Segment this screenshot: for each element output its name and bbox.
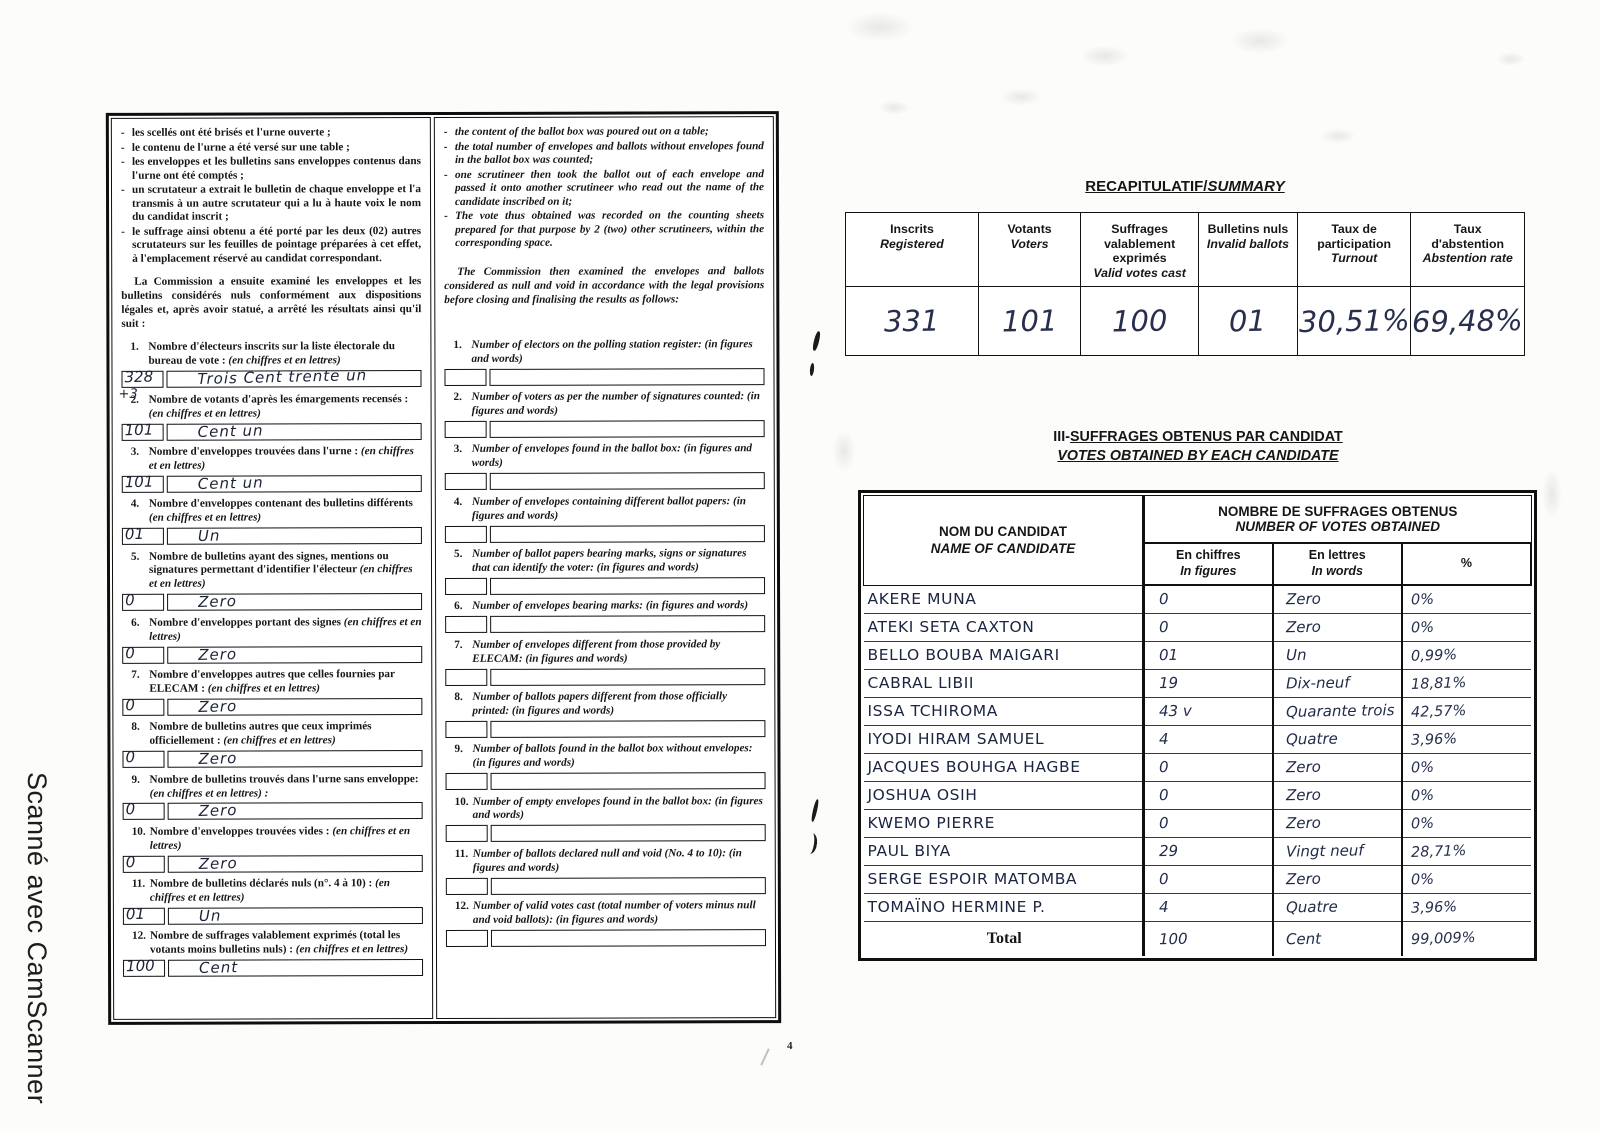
words-box: Zero	[167, 750, 422, 768]
candidate-name: JOSHUA OSIH	[868, 786, 978, 804]
scan-noise	[878, 100, 910, 115]
candidate-row: PAUL BIYA29Vingt neuf28,71%	[864, 838, 1532, 866]
header-in-figures: En chiffresIn figures	[1144, 543, 1273, 585]
valid-votes-value: 100	[1081, 287, 1199, 356]
candidate-row: AKERE MUNA0Zero0%	[864, 585, 1532, 614]
header-candidate-name: NOM DU CANDIDATNAME OF CANDIDATE	[864, 496, 1144, 586]
summary-title: RECAPITULATIF/SUMMARY	[845, 178, 1525, 195]
summary-table: InscritsRegistered VotantsVoters Suffrag…	[845, 212, 1525, 356]
camscanner-watermark: Scanné avec CamScanner	[21, 772, 52, 1104]
ink-mark	[809, 363, 814, 376]
figures-box: 0	[122, 594, 164, 611]
candidate-row: JOSHUA OSIH0Zero0%	[864, 782, 1532, 810]
form-item: 8.Number of ballots papers different fro…	[445, 690, 765, 738]
form-item: 4.Nombre d'enveloppes contenant des bull…	[122, 497, 422, 545]
turnout-value: 30,51%	[1297, 287, 1411, 356]
header-in-words: En lettresIn words	[1273, 543, 1402, 585]
words-box	[490, 577, 765, 595]
abstention-value: 69,48%	[1411, 287, 1525, 356]
form-item: 11.Nombre de bulletins déclarés nuls (n°…	[123, 877, 423, 925]
bullet-en: -the content of the ballot box was poure…	[444, 125, 764, 139]
figures-box: 101	[122, 476, 164, 493]
figures-box: 0	[123, 803, 165, 820]
figures-box	[446, 773, 488, 790]
figures-box	[445, 578, 487, 595]
candidate-name: TOMAÏNO HERMINE P.	[868, 898, 1046, 916]
figures-box	[445, 721, 487, 738]
form-item: 9.Nombre de bulletins trouvés dans l'urn…	[123, 773, 423, 821]
summary-col-abstention: Taux d'abstentionAbstention rate	[1411, 213, 1525, 287]
ink-mark	[812, 331, 822, 352]
scan-noise	[1496, 52, 1526, 66]
words-box: Cent un	[167, 475, 422, 493]
form-item: 3.Number of envelopes found in the ballo…	[445, 443, 765, 491]
candidate-name: ISSA TCHIROMA	[868, 702, 998, 720]
candidate-name: PAUL BIYA	[868, 842, 951, 860]
form-item: 2.Nombre de votants d'après les émargeme…	[122, 393, 422, 441]
form-item: 3.Nombre d'enveloppes trouvées dans l'ur…	[122, 445, 422, 493]
scan-noise	[1000, 88, 1042, 106]
form-column-french: -les scellés ont été brisés et l'urne ou…	[111, 117, 433, 1020]
words-box: Trois Cent trente un	[166, 370, 421, 388]
words-box: Zero	[168, 802, 423, 820]
header-votes-obtained: NOMBRE DE SUFFRAGES OBTENUSNUMBER OF VOT…	[1144, 496, 1532, 544]
candidate-row: SERGE ESPOIR MATOMBA0Zero0%	[864, 866, 1532, 894]
votes-section-title: III-SUFFRAGES OBTENUS PAR CANDIDAT VOTES…	[858, 428, 1538, 467]
figures-box: 101	[122, 423, 164, 440]
bullet-fr: -le suffrage ainsi obtenu a été porté pa…	[121, 225, 421, 266]
form-item: 1.Number of electors on the polling stat…	[444, 338, 764, 386]
candidate-row: ISSA TCHIROMA43 vQuarante trois42,57%	[864, 698, 1532, 726]
form-item: 12.Number of valid votes cast (total num…	[446, 899, 766, 947]
summary-header-row: InscritsRegistered VotantsVoters Suffrag…	[846, 213, 1525, 287]
words-box	[490, 525, 765, 543]
candidate-name: JACQUES BOUHGA HAGBE	[868, 758, 1081, 776]
figures-box	[445, 473, 487, 490]
ink-mark	[810, 799, 819, 822]
figures-box	[445, 668, 487, 685]
registered-value: 331	[846, 287, 979, 356]
candidate-row: BELLO BOUBA MAIGARI01Un0,99%	[864, 642, 1532, 670]
candidate-name: IYODI HIRAM SAMUEL	[868, 730, 1045, 748]
tally-form: -les scellés ont été brisés et l'urne ou…	[106, 111, 781, 1025]
words-box: Un	[168, 907, 423, 925]
form-item: 4.Number of envelopes containing differe…	[445, 495, 765, 543]
words-box: Cent	[168, 959, 423, 977]
bullet-en: -one scrutineer then took the ballot out…	[444, 168, 764, 209]
figures-box: 100	[123, 960, 165, 977]
figures-box	[445, 616, 487, 633]
form-item: 6.Number of envelopes bearing marks: (in…	[445, 599, 765, 633]
candidate-row: KWEMO PIERRE0Zero0%	[864, 810, 1532, 838]
words-box	[490, 720, 765, 738]
words-box	[490, 615, 765, 633]
summary-col-invalid: Bulletins nulsInvalid ballots	[1199, 213, 1298, 287]
page-number: 4	[787, 1040, 793, 1052]
bullet-en: -the total number of envelopes and ballo…	[444, 140, 764, 168]
closing-paragraph-fr: La Commission a ensuite examiné les enve…	[121, 275, 421, 332]
figures-box	[446, 825, 488, 842]
candidate-name: KWEMO PIERRE	[868, 814, 995, 832]
candidate-row: JACQUES BOUHGA HAGBE0Zero0%	[864, 754, 1532, 782]
figures-box: 01	[123, 908, 165, 925]
form-item: 5.Nombre de bulletins ayant des signes, …	[122, 550, 422, 611]
candidate-row: TOMAÏNO HERMINE P.4Quatre3,96%	[864, 894, 1532, 922]
figures-box: 0	[122, 699, 164, 716]
figures-box	[446, 930, 488, 947]
summary-col-voters: VotantsVoters	[978, 213, 1080, 287]
figures-box	[445, 525, 487, 542]
words-box: Zero	[168, 855, 423, 873]
total-row: Total100Cent99,009%	[864, 922, 1532, 957]
words-box: Un	[167, 527, 422, 545]
ink-mark	[804, 832, 819, 854]
figures-box: 0	[122, 646, 164, 663]
voters-value: 101	[978, 287, 1080, 356]
scan-noise	[1230, 28, 1290, 54]
summary-col-registered: InscritsRegistered	[846, 213, 979, 287]
summary-col-valid-votes: Suffrages valablement exprimésValid vote…	[1081, 213, 1199, 287]
form-item: 6.Nombre d'enveloppes portant des signes…	[122, 616, 422, 664]
words-box: Cent un	[167, 423, 422, 441]
figures-box: 01	[122, 528, 164, 545]
correction-note: +3	[119, 387, 138, 402]
form-item: 1.Nombre d'électeurs inscrits sur la lis…	[121, 341, 421, 389]
candidate-name: CABRAL LIBII	[868, 674, 975, 692]
figures-box: 328+3	[121, 371, 163, 388]
scan-noise	[1542, 468, 1562, 520]
scan-noise	[1080, 45, 1130, 67]
scan-noise	[845, 12, 915, 42]
bullet-fr: -un scrutateur a extrait le bulletin de …	[121, 183, 421, 224]
candidate-name: ATEKI SETA CAXTON	[868, 618, 1035, 636]
form-item: 2.Number of voters as per the number of …	[445, 390, 765, 438]
bullet-fr: -les enveloppes et les bulletins sans en…	[121, 155, 421, 183]
form-item: 9.Number of ballots found in the ballot …	[445, 742, 765, 790]
form-items-fr: 1.Nombre d'électeurs inscrits sur la lis…	[121, 341, 423, 978]
form-item: 12.Nombre de suffrages valablement expri…	[123, 930, 423, 978]
form-item: 8.Nombre de bulletins autres que ceux im…	[122, 720, 422, 768]
form-item: 11.Number of ballots declared null and v…	[446, 847, 766, 895]
words-box: Zero	[167, 593, 422, 611]
words-box	[490, 420, 765, 438]
words-box	[491, 772, 766, 790]
form-items-en: 1.Number of electors on the polling stat…	[444, 338, 766, 947]
words-box	[490, 472, 765, 490]
closing-paragraph-en: The Commission then examined the envelop…	[444, 264, 764, 307]
figures-box: 0	[122, 751, 164, 768]
candidate-row: IYODI HIRAM SAMUEL4Quatre3,96%	[864, 726, 1532, 754]
form-item: 5.Number of ballot papers bearing marks,…	[445, 547, 765, 595]
invalid-value: 01	[1199, 287, 1298, 356]
bullet-en: -The vote thus obtained was recorded on …	[444, 209, 764, 250]
votes-table: NOM DU CANDIDATNAME OF CANDIDATE NOMBRE …	[858, 490, 1537, 961]
candidate-name: BELLO BOUBA MAIGARI	[868, 646, 1060, 664]
form-item: 10.Number of empty envelopes found in th…	[446, 795, 766, 843]
form-item: 10.Nombre d'enveloppes trouvées vides : …	[123, 825, 423, 873]
figures-box	[445, 421, 487, 438]
figures-box	[444, 369, 486, 386]
header-percent: %	[1402, 543, 1531, 585]
words-box	[489, 368, 764, 386]
pencil-scratch	[760, 1048, 769, 1065]
words-box	[491, 929, 766, 947]
words-box	[490, 668, 765, 686]
candidate-row: ATEKI SETA CAXTON0Zero0%	[864, 614, 1532, 642]
figures-box: 0	[123, 855, 165, 872]
scan-noise	[1320, 128, 1356, 144]
words-box: Zero	[167, 646, 422, 664]
words-box	[491, 877, 766, 895]
bullet-fr: -le contenu de l'urne a été versé sur un…	[121, 141, 421, 155]
candidate-name: AKERE MUNA	[868, 590, 977, 608]
form-column-english: -the content of the ballot box was poure…	[434, 116, 776, 1019]
candidate-row: CABRAL LIBII19Dix-neuf18,81%	[864, 670, 1532, 698]
form-item: 7.Nombre d'enveloppes autres que celles …	[122, 668, 422, 716]
figures-box	[446, 878, 488, 895]
words-box: Zero	[167, 698, 422, 716]
bullet-fr: -les scellés ont été brisés et l'urne ou…	[121, 126, 421, 140]
words-box	[491, 825, 766, 843]
candidate-name: SERGE ESPOIR MATOMBA	[868, 870, 1078, 888]
summary-col-turnout: Taux de participationTurnout	[1297, 213, 1411, 287]
form-item: 7.Number of envelopes different from tho…	[445, 638, 765, 686]
scan-noise	[832, 430, 856, 472]
summary-values-row: 331 101 100 01 30,51% 69,48%	[846, 287, 1525, 356]
